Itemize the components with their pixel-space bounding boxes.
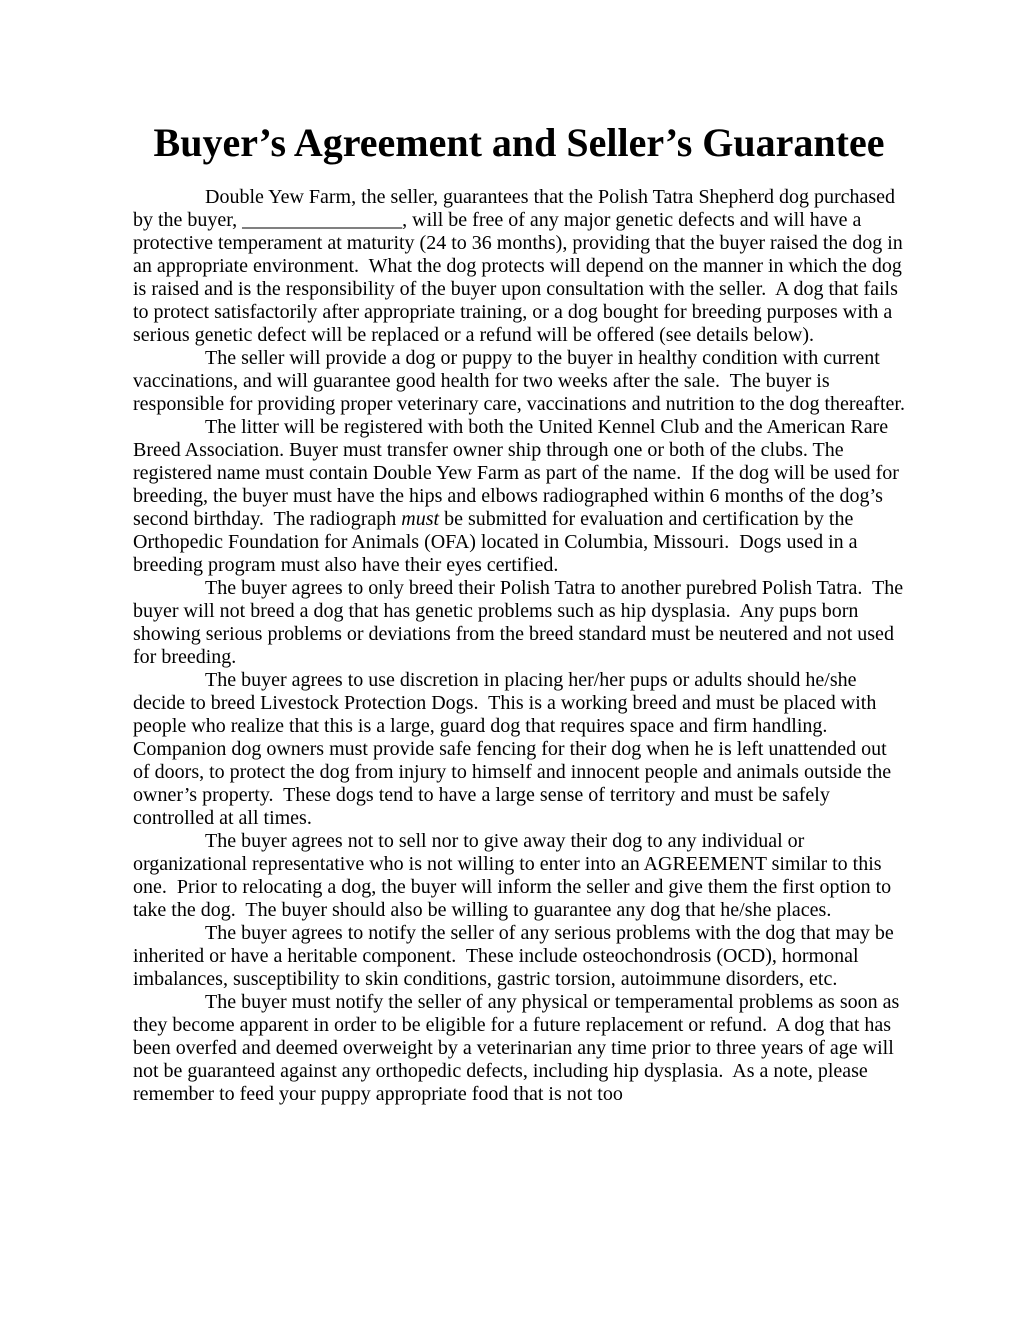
document-title: Buyer’s Agreement and Seller’s Guarantee xyxy=(133,119,905,166)
text-run: The seller will provide a dog or puppy t… xyxy=(133,347,905,415)
paragraph: The buyer must notify the seller of any … xyxy=(133,991,905,1106)
text-run: The buyer agrees not to sell nor to give… xyxy=(133,830,896,921)
paragraph: The buyer agrees not to sell nor to give… xyxy=(133,830,905,922)
paragraph: Double Yew Farm, the seller, guarantees … xyxy=(133,186,905,347)
italic-text-run: must xyxy=(401,508,439,530)
paragraph: The seller will provide a dog or puppy t… xyxy=(133,347,905,416)
paragraph: The litter will be registered with both … xyxy=(133,416,905,577)
text-run: The buyer agrees to use discretion in pl… xyxy=(133,669,896,829)
document-page: Buyer’s Agreement and Seller’s Guarantee… xyxy=(0,0,1020,1320)
paragraph: The buyer agrees to use discretion in pl… xyxy=(133,669,905,830)
text-run: The buyer must notify the seller of any … xyxy=(133,991,904,1105)
text-run: The buyer agrees to only breed their Pol… xyxy=(133,577,908,668)
paragraph: The buyer agrees to only breed their Pol… xyxy=(133,577,905,669)
text-run: The buyer agrees to notify the seller of… xyxy=(133,922,899,990)
buyer-name-blank: ________________ xyxy=(242,209,402,231)
document-body: Double Yew Farm, the seller, guarantees … xyxy=(133,186,905,1106)
paragraph: The buyer agrees to notify the seller of… xyxy=(133,922,905,991)
